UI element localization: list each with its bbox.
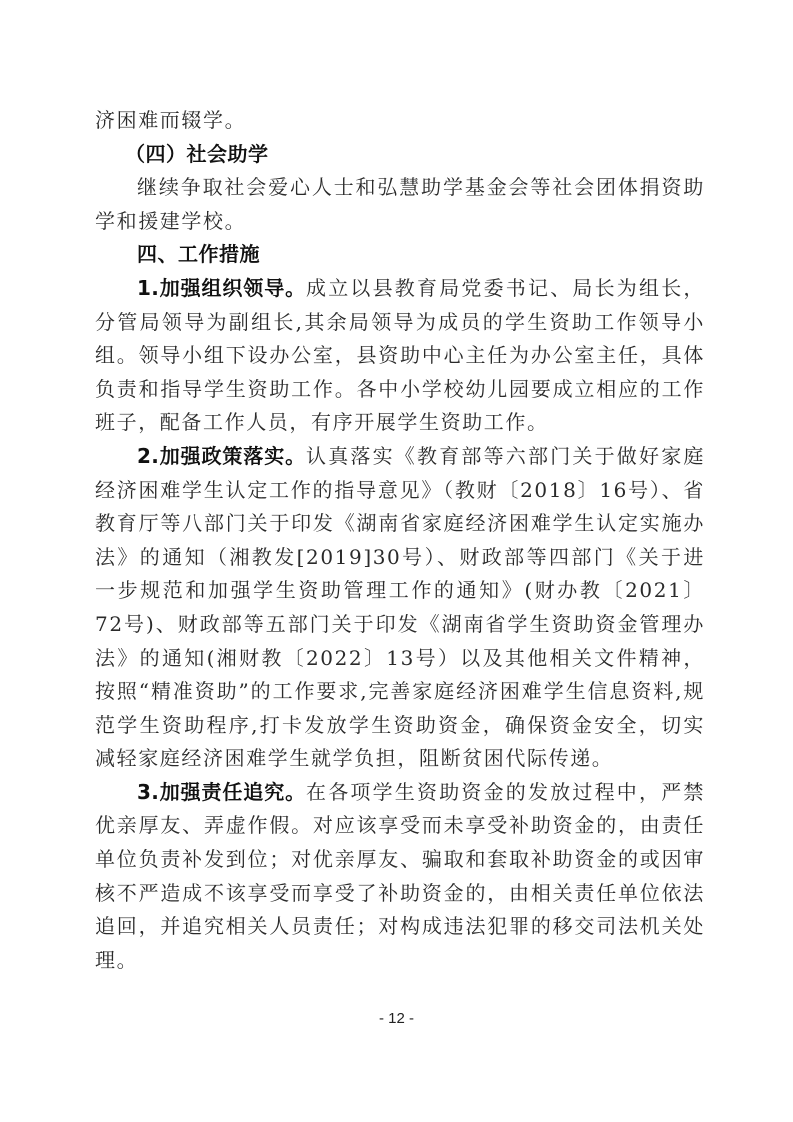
measure-lead: 1.加强组织领导。 [137, 276, 306, 300]
subsection-heading-social-aid: （四）社会助学 [95, 138, 705, 172]
measure-body: 认真落实《教育部等六部门关于做好家庭经济困难学生认定工作的指导意见》（教财〔20… [95, 444, 705, 770]
measure-paragraph-policy: 2.加强政策落实。认真落实《教育部等六部门关于做好家庭经济困难学生认定工作的指导… [95, 440, 705, 776]
continuation-paragraph: 济困难而辍学。 [95, 104, 705, 138]
page-number: - 12 - [0, 1010, 793, 1027]
measure-lead: 3.加强责任追究。 [137, 780, 306, 804]
measure-paragraph-organization: 1.加强组织领导。成立以县教育局党委书记、局长为组长，分管局领导为副组长,其余局… [95, 272, 705, 440]
measure-paragraph-accountability: 3.加强责任追究。在各项学生资助资金的发放过程中，严禁优亲厚友、弄虚作假。对应该… [95, 776, 705, 978]
document-page: 济困难而辍学。 （四）社会助学 继续争取社会爱心人士和弘慧助学基金会等社会团体捐… [95, 104, 705, 977]
social-aid-paragraph: 继续争取社会爱心人士和弘慧助学基金会等社会团体捐资助学和援建学校。 [95, 171, 705, 238]
section-heading-work-measures: 四、工作措施 [95, 238, 705, 272]
measure-lead: 2.加强政策落实。 [137, 444, 306, 468]
measure-body: 在各项学生资助资金的发放过程中，严禁优亲厚友、弄虚作假。对应该享受而未享受补助资… [95, 780, 705, 972]
